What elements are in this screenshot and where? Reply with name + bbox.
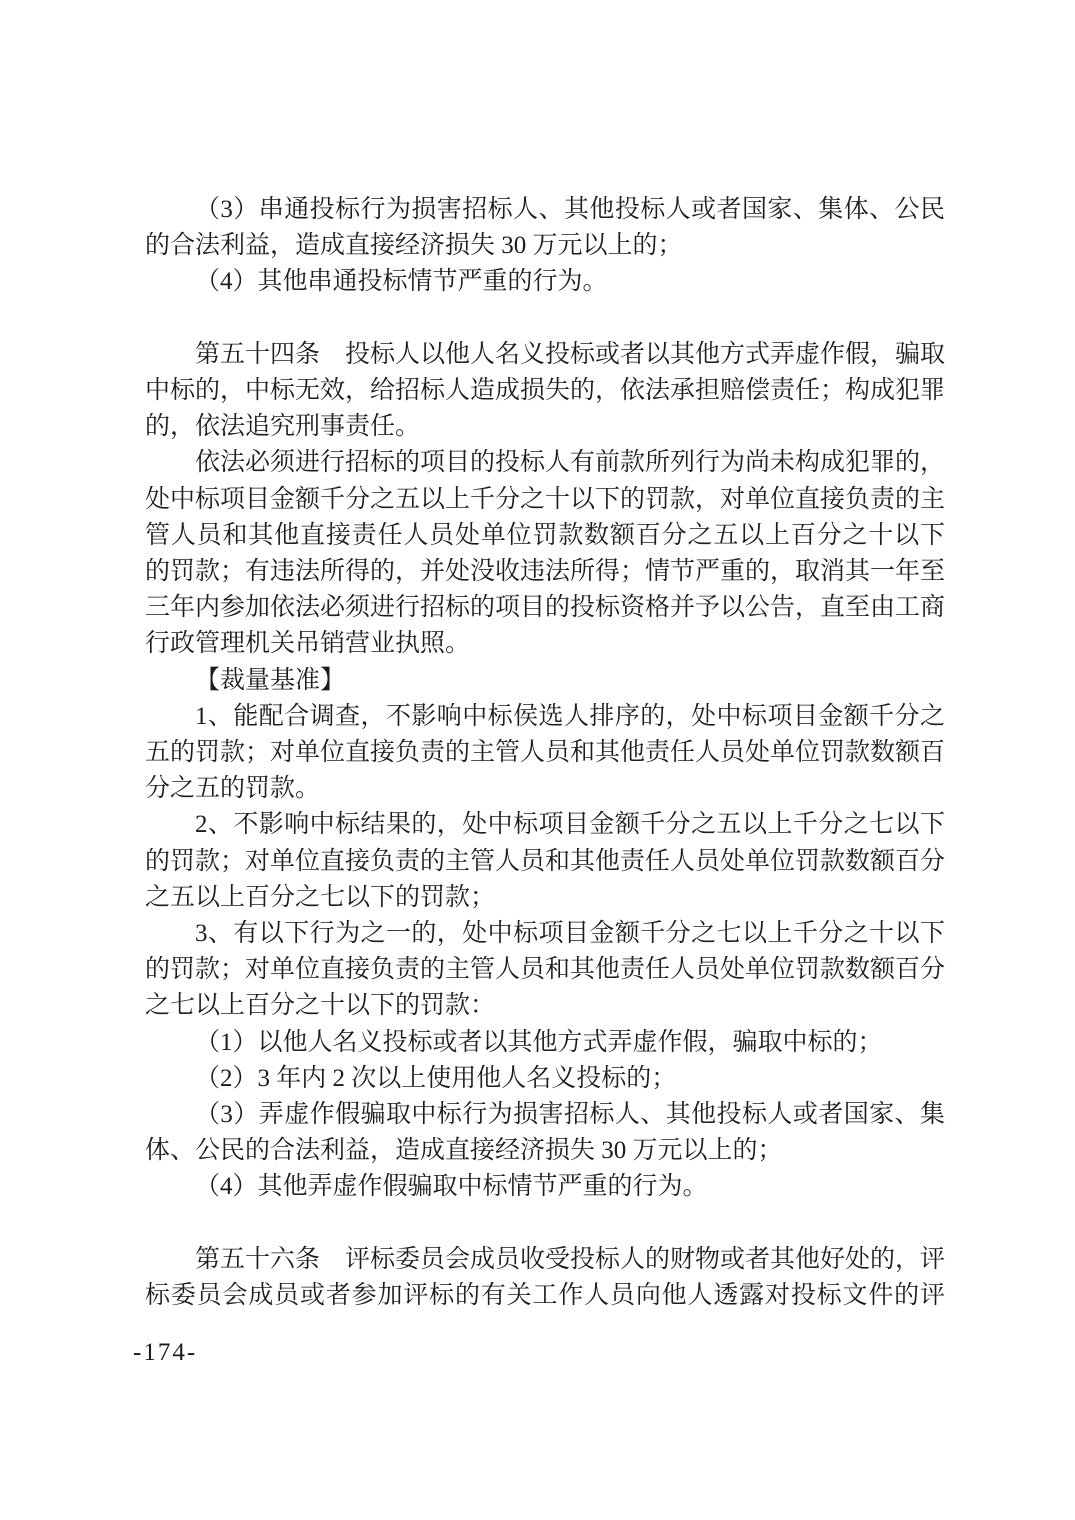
text-line: 中标的，中标无效，给招标人造成损失的，依法承担赔偿责任；构成犯罪 <box>145 373 945 409</box>
text-line: 体、公民的合法利益，造成直接经济损失 30 万元以上的； <box>145 1133 945 1169</box>
text-line: 的合法利益，造成直接经济损失 30 万元以上的； <box>145 228 945 264</box>
text-line: 的罚款；有违法所得的，并处没收违法所得；情节严重的，取消其一年至 <box>145 554 945 590</box>
text-line: （2）3 年内 2 次以上使用他人名义投标的； <box>145 1061 945 1097</box>
text-line: 之七以上百分之十以下的罚款： <box>145 988 945 1024</box>
blank-line <box>145 1206 945 1242</box>
text-line: 的，依法追究刑事责任。 <box>145 409 945 445</box>
text-line: 分之五的罚款。 <box>145 771 945 807</box>
text-line: （1）以他人名义投标或者以其他方式弄虚作假，骗取中标的； <box>145 1025 945 1061</box>
text-line: （3）串通投标行为损害招标人、其他投标人或者国家、集体、公民 <box>145 192 945 228</box>
page-number: -174- <box>133 1338 197 1368</box>
text-line: 1、能配合调查，不影响中标侯选人排序的，处中标项目金额千分之 <box>145 699 945 735</box>
text-line: 的罚款；对单位直接负责的主管人员和其他责任人员处单位罚款数额百分 <box>145 844 945 880</box>
text-line: 之五以上百分之七以下的罚款； <box>145 880 945 916</box>
text-line: 依法必须进行招标的项目的投标人有前款所列行为尚未构成犯罪的， <box>145 445 945 481</box>
text-line: 五的罚款；对单位直接负责的主管人员和其他责任人员处单位罚款数额百 <box>145 735 945 771</box>
document-page: （3）串通投标行为损害招标人、其他投标人或者国家、集体、公民的合法利益，造成直接… <box>0 0 1075 1520</box>
text-line: （4）其他串通投标情节严重的行为。 <box>145 264 945 300</box>
text-line: 第五十四条 投标人以他人名义投标或者以其他方式弄虚作假，骗取 <box>145 337 945 373</box>
text-line: 标委员会成员或者参加评标的有关工作人员向他人透露对投标文件的评 <box>145 1278 945 1314</box>
text-column: （3）串通投标行为损害招标人、其他投标人或者国家、集体、公民的合法利益，造成直接… <box>145 192 945 1314</box>
text-line: 3、有以下行为之一的，处中标项目金额千分之七以上千分之十以下 <box>145 916 945 952</box>
blank-line <box>145 301 945 337</box>
text-line: 管人员和其他直接责任人员处单位罚款数额百分之五以上百分之十以下 <box>145 518 945 554</box>
text-line: 第五十六条 评标委员会成员收受投标人的财物或者其他好处的，评 <box>145 1242 945 1278</box>
text-line: 【裁量基准】 <box>145 663 945 699</box>
text-line: 2、不影响中标结果的，处中标项目金额千分之五以上千分之七以下 <box>145 807 945 843</box>
text-line: 处中标项目金额千分之五以上千分之十以下的罚款，对单位直接负责的主 <box>145 482 945 518</box>
text-line: （4）其他弄虚作假骗取中标情节严重的行为。 <box>145 1169 945 1205</box>
text-line: 三年内参加依法必须进行招标的项目的投标资格并予以公告，直至由工商 <box>145 590 945 626</box>
text-line: 的罚款；对单位直接负责的主管人员和其他责任人员处单位罚款数额百分 <box>145 952 945 988</box>
text-line: （3）弄虚作假骗取中标行为损害招标人、其他投标人或者国家、集 <box>145 1097 945 1133</box>
text-line: 行政管理机关吊销营业执照。 <box>145 626 945 662</box>
